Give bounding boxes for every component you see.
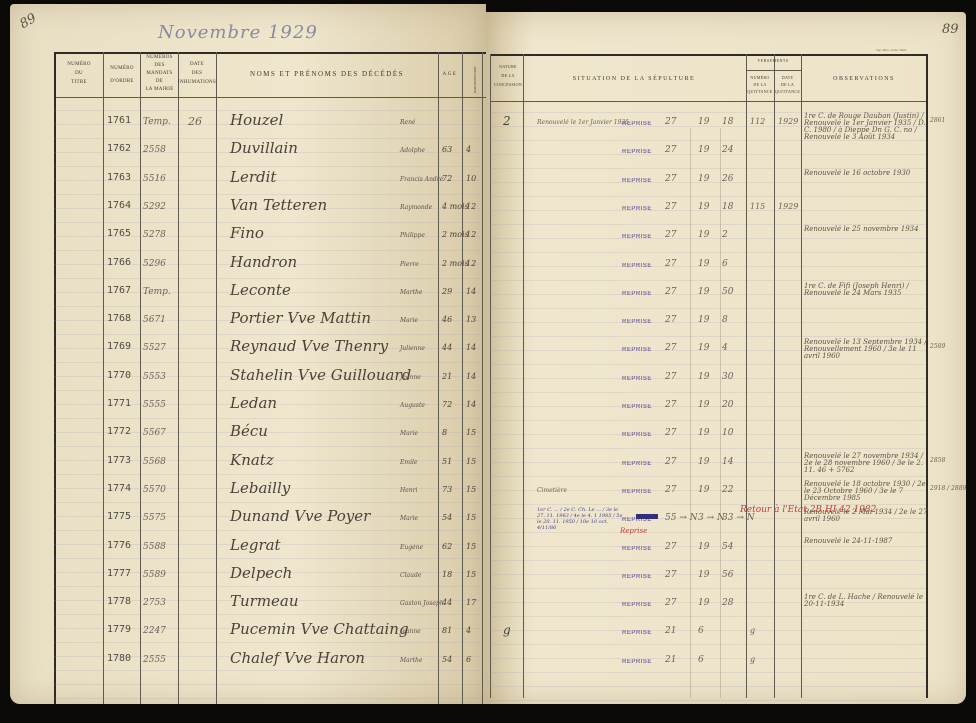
age: 81 (442, 626, 452, 635)
arrondissement: 14 (466, 287, 476, 296)
ligne: 19 (698, 598, 709, 608)
deceased-surname: Reynaud Vve Thenry (230, 337, 388, 355)
age: 54 (442, 655, 452, 664)
situation-text: 1er C. ... / 2e C. Ch. Le ... / 3e le 27… (537, 507, 627, 531)
ruled-line (54, 418, 482, 419)
ruled-line (490, 364, 926, 365)
ligne: 19 (698, 174, 709, 184)
deceased-firstname: Auguste (400, 402, 425, 409)
ligne: 19 (698, 485, 709, 495)
ruled-line (490, 588, 926, 589)
division: 27 (665, 315, 676, 325)
numero-ordre: 1767 (107, 285, 131, 296)
ligne: 19 (698, 428, 709, 438)
header-numero-mandats: NUMÉROSDESMANDATSDELA MAIRIE (141, 54, 178, 94)
numero-mandat: 5296 (143, 259, 166, 269)
age: 44 (442, 598, 452, 607)
numero-tombe: 8 (722, 315, 728, 325)
ruled-line (54, 306, 482, 307)
numero-ordre: 1772 (107, 426, 131, 437)
header-bottom-border-right (490, 101, 926, 102)
age: 63 (442, 145, 452, 154)
ligne: 19 (698, 343, 709, 353)
deceased-firstname: Julienne (400, 345, 425, 352)
numero-tombe: 22 (722, 485, 733, 495)
numero-mandat: 5671 (143, 315, 166, 325)
age: 2 mois (442, 259, 469, 268)
header-date-quittance: DATEDE LAQUITTANCE (774, 74, 801, 95)
division: 27 (665, 343, 676, 353)
numero-ordre: 1779 (107, 624, 131, 635)
ligne: 19 (698, 287, 709, 297)
numero-mandat: 5527 (143, 343, 166, 353)
division: 27 (665, 202, 676, 212)
ruled-line (490, 672, 926, 673)
situation-text: Renouvelé le 1er Janvier 1935 (537, 119, 629, 126)
reprise-stamp: REPRISE (622, 432, 652, 438)
arrondissement: 10 (466, 174, 476, 183)
ruled-line (54, 614, 482, 615)
reprise-stamp: REPRISE (622, 489, 652, 495)
numero-mandat: 5575 (143, 513, 166, 523)
numero-tombe: 24 (722, 145, 733, 155)
division: 27 (665, 428, 676, 438)
numero-ordre: 1773 (107, 455, 131, 466)
ligne: 6 (698, 626, 704, 636)
reprise-stamp: REPRISE (622, 461, 652, 467)
reprise-stamp: REPRISE (622, 659, 652, 665)
ruled-line (490, 560, 926, 561)
division: 21 (665, 655, 676, 665)
division: 27 (665, 542, 676, 552)
age: 44 (442, 343, 452, 352)
nature-concession: g (503, 623, 511, 637)
ligne: 19 (698, 117, 709, 127)
ruled-line (54, 558, 482, 559)
ruled-line (54, 670, 482, 671)
deceased-surname: Duvillain (230, 139, 298, 157)
numero-tombe: 56 (722, 570, 733, 580)
deceased-firstname: Emile (400, 459, 417, 466)
ruled-line (54, 586, 482, 587)
deceased-surname: Delpech (230, 564, 292, 582)
situation-text: Cimetière (537, 487, 567, 494)
numero-ordre: 1771 (107, 398, 131, 409)
division: 27 (665, 598, 676, 608)
age: 8 (442, 428, 447, 437)
division: 27 (665, 145, 676, 155)
ruled-line (54, 502, 482, 503)
numero-mandat: 2753 (143, 598, 166, 608)
reprise-stamp: REPRISE (622, 376, 652, 382)
arrondissement: 15 (466, 457, 476, 466)
observations-text: Renouvelé le 25 novembre 1934 (804, 226, 928, 233)
date-quittance: 1929 (778, 117, 798, 126)
age: 54 (442, 513, 452, 522)
numero-mandat: 5516 (143, 174, 166, 184)
ruled-line (490, 532, 926, 533)
division: 27 (665, 485, 676, 495)
header-nature: NATUREDE LACONCESSION (493, 62, 523, 89)
arrondissement: 15 (466, 485, 476, 494)
ruled-line (490, 686, 926, 687)
numero-tombe: 4 (722, 343, 728, 353)
numero-quittance: 112 (750, 117, 765, 126)
numero-ordre: 1775 (107, 511, 131, 522)
deceased-firstname: Eugène (400, 544, 423, 551)
numero-mandat: 5555 (143, 400, 166, 410)
deceased-firstname: Marie (400, 515, 418, 522)
deceased-surname: Lebailly (230, 479, 290, 497)
numero-tombe: 18 (722, 117, 733, 127)
numero-mandat: 2555 (143, 655, 166, 665)
deceased-surname: Stahelin Vve Guillouard (230, 366, 411, 384)
division: 27 (665, 259, 676, 269)
observations-text: Renouvelé le 16 octobre 1930 (804, 170, 928, 177)
deceased-surname: Chalef Vve Haron (230, 649, 365, 667)
column-divider-left (216, 52, 217, 704)
column-divider-left (178, 52, 179, 704)
numero-tombe: 6 (722, 259, 728, 269)
header-top-border-right (490, 54, 926, 56)
deceased-surname: Pucemin Vve Chattaing (230, 620, 409, 638)
observations-text: 1re C. de L. Hache / Renouvelé le 20-11-… (804, 594, 928, 608)
reprise-stamp: REPRISE (622, 149, 652, 155)
versements-divider (746, 70, 801, 71)
reprise-stamp: REPRISE (622, 404, 652, 410)
ruled-line (490, 644, 926, 645)
header-date-inhumations: DATEDESINHUMATIONS (178, 60, 216, 87)
numero-ordre: 1777 (107, 568, 131, 579)
ruled-line (54, 684, 482, 685)
printer-mark: Imp. Mun. et Cie, Paris (876, 48, 907, 52)
deceased-firstname: Marthe (400, 657, 422, 664)
ligne: 19 (698, 457, 709, 467)
arrondissement: 13 (466, 315, 476, 324)
arrondissement: 12 (466, 259, 476, 268)
observations-text: 1re C. de Rouge Dauban (Justin) / Renouv… (804, 113, 928, 141)
numero-mandat: 5588 (143, 542, 166, 552)
division: 27 (665, 400, 676, 410)
age: 2 mois (442, 230, 469, 239)
ruled-line (490, 280, 926, 281)
deceased-firstname: Henri (400, 487, 417, 494)
ruled-line (490, 196, 926, 197)
numero-mandat: Temp. (143, 117, 171, 127)
numero-tombe: 14 (722, 457, 733, 467)
header-arrondissement: ARRONDISSEMENT (473, 60, 477, 100)
date-inhumation: 26 (188, 115, 202, 128)
header-versements: VERSEMENTS (746, 58, 800, 63)
ruled-line (490, 308, 926, 309)
deceased-firstname: Raymonde (400, 204, 432, 211)
margin-note: 2589 (930, 343, 945, 350)
numero-mandat: 5589 (143, 570, 166, 580)
ruled-line (490, 658, 926, 659)
ruled-line (54, 446, 482, 447)
header-numero-quittance: NUMÉRODE LAQUITTANCE (746, 74, 774, 95)
numero-quittance: 115 (750, 202, 765, 211)
arrondissement: 15 (466, 542, 476, 551)
numero-mandat: 2558 (143, 145, 166, 155)
ligne: 19 (698, 372, 709, 382)
reprise-stamp: REPRISE (622, 121, 652, 127)
numero-ordre: 1765 (107, 228, 131, 239)
ligne: 19 (698, 145, 709, 155)
header-noms: NOMS ET PRÉNOMS DES DÉCÉDÉS (216, 70, 438, 78)
red-annotation-left: Reprise (620, 527, 647, 535)
reprise-stamp: REPRISE (622, 602, 652, 608)
ruled-line (490, 616, 926, 617)
numero-ordre: 1762 (107, 143, 131, 154)
numero-tombe: 26 (722, 174, 733, 184)
ruled-line (54, 194, 482, 195)
observations-text: Renouvelé le 27 novembre 1934 / 2e le 28… (804, 453, 928, 474)
arrondissement: 12 (466, 202, 476, 211)
arrondissement: 12 (466, 230, 476, 239)
arrondissement: 14 (466, 372, 476, 381)
deceased-surname: Bécu (230, 422, 268, 440)
ligne: 19 (698, 400, 709, 410)
numero-ordre: 1769 (107, 341, 131, 352)
ruled-line (54, 334, 482, 335)
header-numero-ordre: NUMÉROD'ORDRE (104, 64, 140, 86)
arrondissement: 15 (466, 513, 476, 522)
deceased-firstname: Jeanne (400, 374, 421, 381)
reprise-stamp: REPRISE (622, 630, 652, 636)
deceased-surname: Van Tetteren (230, 196, 327, 214)
header-age: AGE (438, 72, 462, 77)
ruled-line (54, 642, 482, 643)
deceased-surname: Dunand Vve Poyer (230, 507, 370, 525)
deceased-surname: Fino (230, 224, 264, 242)
column-divider-left (462, 52, 463, 704)
ligne: 19 (698, 315, 709, 325)
header-observations: OBSERVATIONS (802, 76, 926, 82)
division: 27 (665, 457, 676, 467)
ink-bar (636, 514, 658, 519)
sub-column-divider (690, 128, 691, 698)
deceased-firstname: René (400, 119, 415, 126)
deceased-firstname: Jeanne (400, 628, 421, 635)
deceased-firstname: Marthe (400, 289, 422, 296)
numero-mandat: 5567 (143, 428, 166, 438)
age: 72 (442, 400, 452, 409)
ligne: 6 (698, 655, 704, 665)
ruled-line (490, 336, 926, 337)
header-numero-titre: NUMÉRODUTITRE (56, 60, 102, 87)
deceased-firstname: Marie (400, 317, 418, 324)
ligne: 19 (698, 570, 709, 580)
reprise-stamp: REPRISE (622, 574, 652, 580)
division: 27 (665, 230, 676, 240)
numero-quittance: g (750, 655, 755, 664)
column-divider-left (54, 52, 56, 704)
numero-mandat: 5570 (143, 485, 166, 495)
deceased-firstname: Gaston Joseph (400, 600, 444, 607)
ruled-line (54, 278, 482, 279)
ruled-line (54, 362, 482, 363)
reprise-stamp: REPRISE (622, 347, 652, 353)
deceased-surname: Houzel (230, 111, 283, 129)
reprise-stamp: REPRISE (622, 178, 652, 184)
arrondissement: 14 (466, 343, 476, 352)
deceased-surname: Ledan (230, 394, 277, 412)
division: 27 (665, 174, 676, 184)
observations-text: Renouvelé le 18 octobre 1930 / 2e le 23 … (804, 481, 928, 502)
red-annotation: Retour à l'Etat 2B HI 42 1982 (740, 505, 876, 515)
numero-tombe: 18 (722, 202, 733, 212)
margin-note: 2858 (930, 457, 945, 464)
age: 72 (442, 174, 452, 183)
deceased-surname: Portier Vve Mattin (230, 309, 371, 327)
numero-quittance: g (750, 626, 755, 635)
deceased-surname: Legrat (230, 536, 281, 554)
ruled-line (54, 530, 482, 531)
age: 62 (442, 542, 452, 551)
ruled-line (490, 476, 926, 477)
deceased-surname: Turmeau (230, 592, 299, 610)
nature-concession: 2 (503, 114, 511, 128)
ruled-line (54, 390, 482, 391)
column-divider-left (482, 52, 483, 704)
arrondissement: 4 (466, 626, 471, 635)
numero-mandat: 5278 (143, 230, 166, 240)
arrondissement: 6 (466, 655, 471, 664)
reprise-stamp: REPRISE (622, 319, 652, 325)
reprise-stamp: REPRISE (622, 206, 652, 212)
ruled-line (490, 252, 926, 253)
deceased-surname: Handron (230, 253, 297, 271)
deceased-surname: Leconte (230, 281, 291, 299)
observations-text: Renouvelé le 13 Septembre 1934 / Renouve… (804, 339, 928, 360)
ruled-line (54, 250, 482, 251)
arrondissement: 15 (466, 570, 476, 579)
numero-tombe: 50 (722, 287, 733, 297)
arrondissement: 4 (466, 145, 471, 154)
arrondissement: 14 (466, 400, 476, 409)
month-heading: Novembre 1929 (158, 22, 318, 43)
numero-ordre: 1766 (107, 257, 131, 268)
ruled-line (54, 474, 482, 475)
deceased-surname: Lerdit (230, 168, 276, 186)
ligne: 19 (698, 259, 709, 269)
age: 18 (442, 570, 452, 579)
date-quittance: 1929 (778, 202, 798, 211)
ligne: 3 → N (698, 513, 725, 523)
numero-tombe: 10 (722, 428, 733, 438)
ligne: 19 (698, 202, 709, 212)
numero-ordre: 1780 (107, 653, 131, 664)
numero-tombe: 20 (722, 400, 733, 410)
division: 27 (665, 287, 676, 297)
ruled-line (54, 698, 482, 699)
deceased-firstname: Marie (400, 430, 418, 437)
age: 46 (442, 315, 452, 324)
deceased-firstname: Claude (400, 572, 421, 579)
ruled-line (490, 700, 926, 701)
observations-text: Renouvelé le 24-11-1987 (804, 538, 928, 545)
numero-mandat: Temp. (143, 287, 171, 297)
age: 29 (442, 287, 452, 296)
numero-ordre: 1776 (107, 540, 131, 551)
arrondissement: 15 (466, 428, 476, 437)
header-situation: SITUATION DE LA SÉPULTURE (523, 76, 745, 82)
deceased-surname: Knatz (230, 451, 274, 469)
right-page-number: 89 (942, 22, 959, 37)
reprise-stamp: REPRISE (622, 263, 652, 269)
observations-text: 1re C. de Fifi (Joseph Henri) / Renouvel… (804, 283, 928, 297)
numero-tombe: 28 (722, 598, 733, 608)
arrondissement: 17 (466, 598, 476, 607)
deceased-firstname: Pierre (400, 261, 419, 268)
sub-column-divider (720, 128, 721, 698)
numero-tombe: 2 (722, 230, 728, 240)
reprise-stamp: REPRISE (622, 546, 652, 552)
column-divider-left (140, 52, 141, 704)
numero-ordre: 1763 (107, 172, 131, 183)
numero-ordre: 1764 (107, 200, 131, 211)
division: 27 (665, 372, 676, 382)
ruled-line (490, 630, 926, 631)
header-bottom-border-left (54, 97, 486, 98)
deceased-firstname: Philippe (400, 232, 425, 239)
reprise-stamp: REPRISE (622, 291, 652, 297)
division: 55 → N (665, 513, 698, 523)
numero-mandat: 5553 (143, 372, 166, 382)
division: 27 (665, 117, 676, 127)
age: 21 (442, 372, 452, 381)
margin-note: 2918 / 2889 (930, 485, 966, 492)
header-top-border-left (54, 52, 486, 54)
ligne: 19 (698, 230, 709, 240)
numero-mandat: 5568 (143, 457, 166, 467)
ligne: 19 (698, 542, 709, 552)
numero-tombe: 30 (722, 372, 733, 382)
ruled-line (490, 420, 926, 421)
column-divider-left (103, 52, 104, 704)
age: 51 (442, 457, 452, 466)
deceased-firstname: Adolphe (400, 147, 425, 154)
numero-ordre: 1770 (107, 370, 131, 381)
margin-note: 2861 (930, 117, 945, 124)
numero-ordre: 1761 (107, 115, 131, 126)
reprise-stamp: REPRISE (622, 234, 652, 240)
ruled-line (54, 222, 482, 223)
numero-ordre: 1768 (107, 313, 131, 324)
age: 4 mois (442, 202, 469, 211)
numero-mandat: 5292 (143, 202, 166, 212)
age: 73 (442, 485, 452, 494)
numero-ordre: 1774 (107, 483, 131, 494)
ruled-line (490, 392, 926, 393)
numero-mandat: 2247 (143, 626, 166, 636)
deceased-firstname: Francis André (400, 176, 443, 183)
numero-tombe: 54 (722, 542, 733, 552)
division: 21 (665, 626, 676, 636)
division: 27 (665, 570, 676, 580)
ruled-line (490, 448, 926, 449)
numero-ordre: 1778 (107, 596, 131, 607)
